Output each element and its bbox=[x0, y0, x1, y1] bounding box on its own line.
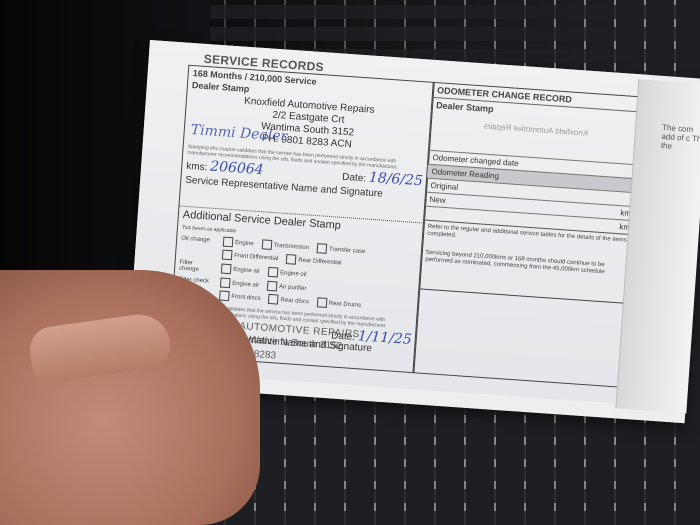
new-label: New bbox=[429, 195, 446, 205]
checkbox-label: Rear discs bbox=[280, 297, 309, 305]
checkbox[interactable] bbox=[267, 281, 278, 292]
checkbox[interactable] bbox=[317, 243, 328, 254]
row-label bbox=[180, 252, 214, 254]
checkbox-label: Front discs bbox=[231, 294, 261, 302]
checkbox-label: Rear Drums bbox=[329, 301, 362, 309]
checkbox-label: Transmission bbox=[273, 243, 309, 251]
checkbox-transfer-case[interactable]: Transfer case bbox=[315, 243, 366, 256]
checkbox[interactable] bbox=[261, 239, 272, 250]
checkbox-engine-oil-filter[interactable]: Engine oil bbox=[266, 267, 307, 280]
checkbox-air-purifier[interactable]: Air purifier bbox=[265, 281, 307, 294]
checkbox[interactable] bbox=[286, 254, 297, 265]
checkbox[interactable] bbox=[221, 264, 232, 275]
checkbox-label: Front Differential bbox=[234, 253, 279, 262]
bleed-through-text: Knoxfield Automotive Repairs bbox=[483, 121, 588, 137]
checkbox-rear-drums[interactable]: Rear Drums bbox=[314, 297, 361, 310]
checkbox-label: Engine air bbox=[232, 281, 259, 289]
right-page-text: The com add of c Th the bbox=[661, 123, 700, 153]
row-label: Filter change bbox=[179, 260, 214, 274]
checkbox-engine-air-filter-check[interactable]: Engine air bbox=[218, 277, 260, 290]
checkbox[interactable] bbox=[223, 237, 234, 248]
hand bbox=[0, 270, 260, 525]
checkbox[interactable] bbox=[316, 297, 327, 308]
service-entry: 168 Months / 210,000 Service Dealer Stam… bbox=[179, 66, 433, 224]
checkbox[interactable] bbox=[268, 294, 279, 305]
checkbox-label: Transfer case bbox=[329, 247, 366, 256]
checkbox[interactable] bbox=[222, 250, 233, 261]
checkbox-label: Engine oil bbox=[280, 270, 307, 278]
checkbox[interactable] bbox=[219, 290, 230, 301]
checkbox-label: Engine air bbox=[233, 267, 260, 275]
checkbox-rear-differential[interactable]: Rear Differential bbox=[284, 254, 342, 268]
checkbox-front-discs[interactable]: Front discs bbox=[217, 290, 261, 303]
handwritten-name: Timmi Dealer bbox=[190, 124, 287, 143]
checkbox-front-differential[interactable]: Front Differential bbox=[220, 249, 279, 263]
checkbox-label: Air purifier bbox=[279, 284, 307, 292]
checkbox-engine-air-filter-change[interactable]: Engine air bbox=[219, 263, 261, 276]
checkbox[interactable] bbox=[220, 278, 231, 289]
checkbox-label: Rear Differential bbox=[298, 257, 342, 266]
original-label: Original bbox=[430, 181, 458, 192]
checkbox[interactable] bbox=[268, 267, 279, 278]
date-label: Date: bbox=[342, 172, 367, 185]
row-label: Oil change bbox=[181, 236, 215, 244]
divider bbox=[419, 288, 629, 304]
checkbox-engine-oil-change[interactable]: Engine bbox=[221, 236, 254, 248]
checkbox-transmission[interactable]: Transmission bbox=[259, 239, 309, 252]
odometer-change-column: ODOMETER CHANGE RECORD Dealer Stamp Knox… bbox=[412, 82, 644, 388]
kms-label: kms: bbox=[186, 161, 208, 173]
checkbox-rear-discs[interactable]: Rear discs bbox=[266, 294, 309, 307]
checkbox-label: Engine bbox=[235, 240, 254, 247]
